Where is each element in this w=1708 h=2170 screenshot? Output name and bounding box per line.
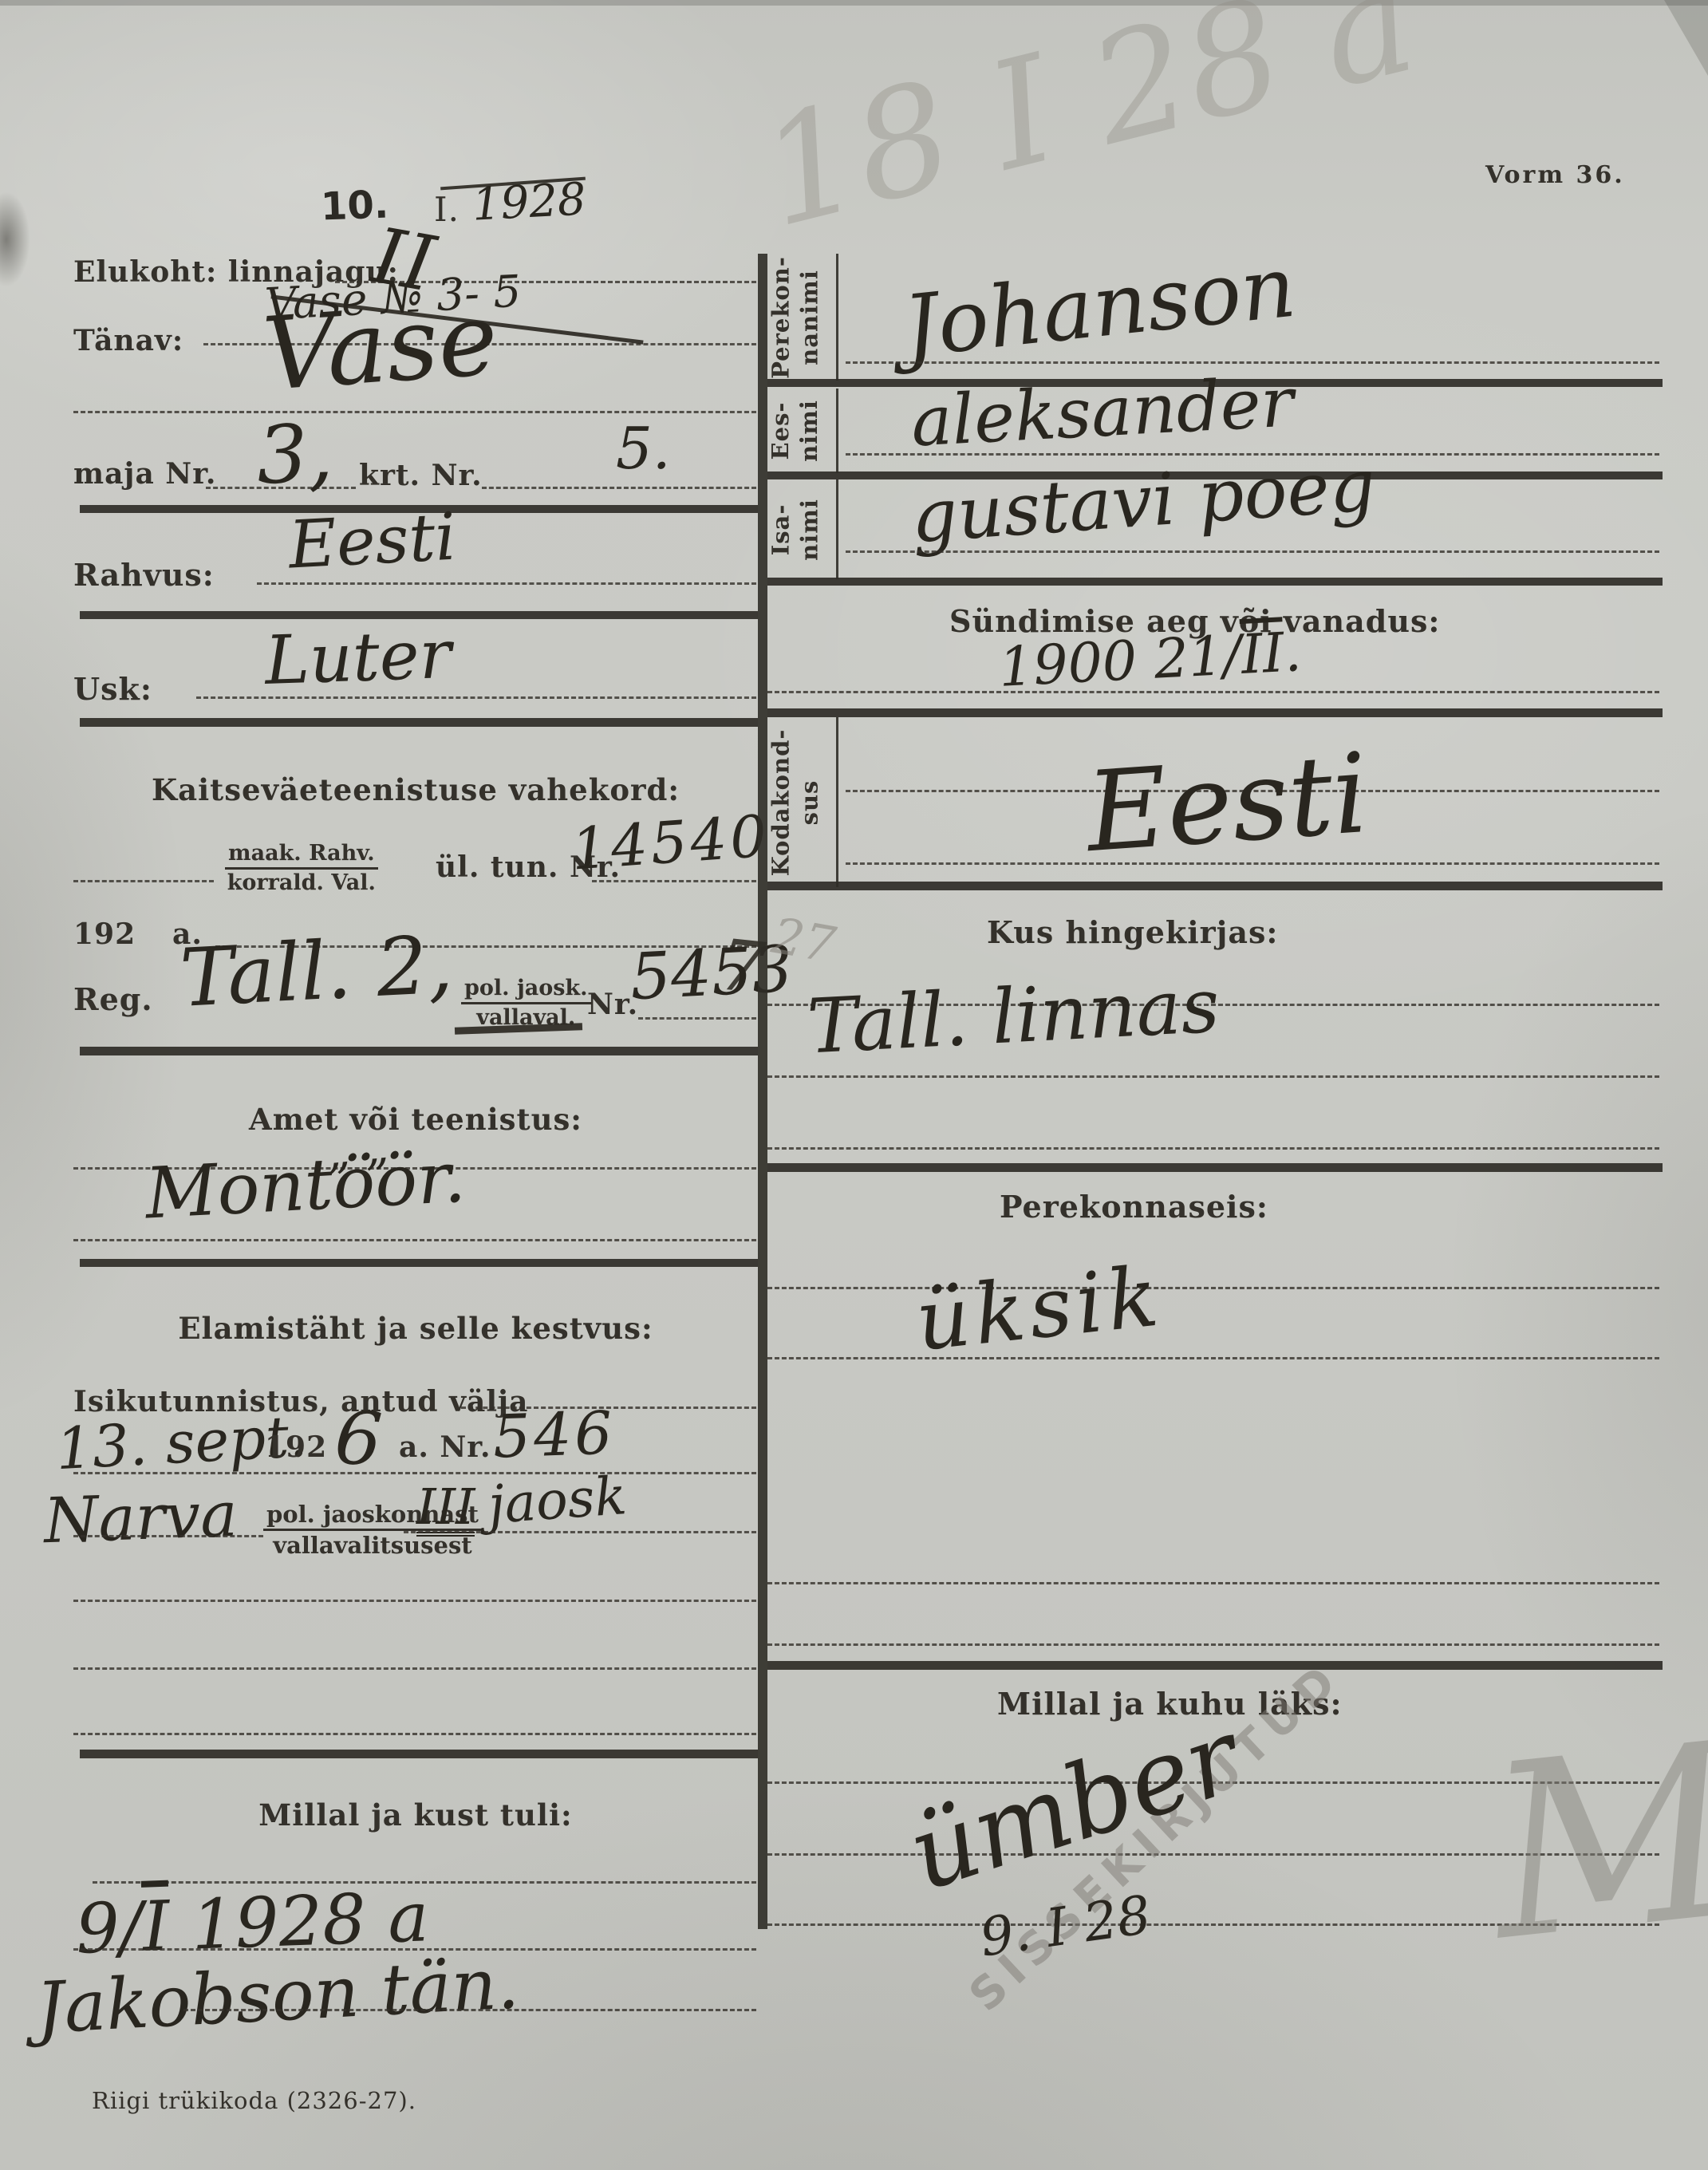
krt-nr-value: 5. <box>616 420 671 477</box>
perekonnanimi-value: Johanson <box>900 245 1300 370</box>
jaosk-roman-value: III <box>416 1482 475 1537</box>
label-box-line <box>836 254 838 381</box>
ul-tun-value: 14540 <box>570 807 771 878</box>
kodakondsus-label: Kodakond- sus <box>759 718 832 888</box>
fraction-top: pol. jaosk. <box>461 975 591 1004</box>
isanimi-label-line1: Isa- <box>766 504 795 556</box>
section-rule <box>767 1661 1663 1670</box>
sundimise-part2: II <box>1240 621 1286 687</box>
section-rule <box>767 578 1663 586</box>
dotted-line <box>73 1535 263 1537</box>
dotted-line <box>767 1582 1659 1584</box>
maja-nr-value: 3, <box>255 413 334 495</box>
hingekirjas-value: Tall. linnas <box>806 969 1221 1066</box>
dotted-line <box>846 361 1659 364</box>
kodakondsus-value: Eesti <box>1083 739 1372 868</box>
section-rule <box>767 1163 1663 1172</box>
eesnimi-label-line1: Ees- <box>766 402 795 460</box>
perekonnaseis-value: üksik <box>912 1254 1166 1363</box>
elamistaht-heading: Elamistäht ja selle kestvus: <box>73 1311 758 1346</box>
isiku-year-printed: 192 <box>265 1430 327 1464</box>
isanimi-label: Isa- nimi <box>759 480 832 580</box>
tuli-place-value: Jakobson tän. <box>34 1948 520 2044</box>
dotted-line <box>73 1600 756 1602</box>
tuli-date-part2: I <box>141 1887 171 1967</box>
isiku-nr-value: 546 <box>492 1403 617 1466</box>
kodakondsus-label-line2: sus <box>795 780 824 826</box>
isanimi-value: gustavi poeg <box>909 450 1378 554</box>
hingekirjas-heading: Kus hingekirjas: <box>987 914 1278 950</box>
dotted-line <box>73 1733 756 1735</box>
dotted-line <box>638 1017 756 1020</box>
amet-heading: Amet või teenistus: <box>73 1102 758 1137</box>
section-rule <box>80 1047 758 1055</box>
dotted-line <box>846 862 1659 865</box>
nr-value: 5453 <box>629 937 795 1010</box>
section-rule <box>767 708 1663 717</box>
isiku-place-value: Narva <box>43 1484 239 1553</box>
top-edge-shadow <box>0 0 1708 6</box>
dotted-line <box>73 1239 756 1241</box>
dotted-line <box>767 1147 1659 1150</box>
isanimi-label-line2: nimi <box>795 499 824 561</box>
amet-value: Montöör. <box>144 1142 467 1229</box>
sundimise-value: 1900 21/II. <box>997 625 1303 696</box>
reg-label: Reg. <box>73 981 153 1017</box>
maak-korrald-fraction: maak. Rahv. korrald. Val. <box>225 840 378 897</box>
perekonnanimi-label: Perekon- nanimi <box>759 254 832 381</box>
usk-value: Luter <box>264 621 452 694</box>
isiku-year-hw: 6 <box>333 1401 385 1478</box>
eesnimi-label: Ees- nimi <box>758 389 831 473</box>
dotted-line <box>482 487 756 489</box>
jaosk-word-value: jaosk <box>487 1470 629 1532</box>
perekonnanimi-label-line2: nanimi <box>795 270 824 365</box>
pencil-side-note: 27 <box>768 911 838 971</box>
tuli-heading: Millal ja kust tuli: <box>73 1797 758 1833</box>
section-rule <box>80 1750 758 1758</box>
dotted-line <box>767 1287 1659 1289</box>
pencil-flourish: M <box>1480 1711 1708 1975</box>
label-box-line <box>836 479 838 579</box>
dotted-line <box>767 691 1659 693</box>
maja-nr-label: maja Nr. <box>73 457 216 491</box>
usk-label: Usk: <box>73 671 152 707</box>
scanned-form-page: Vorm 36. 10. I. 1928 18 I 28 a Elukoht: … <box>0 0 1708 2170</box>
dotted-line <box>73 1667 756 1670</box>
label-box-line <box>836 717 838 887</box>
dotted-line <box>767 1643 1659 1646</box>
dotted-line <box>592 880 756 882</box>
rahvus-value: Eesti <box>287 505 458 579</box>
pencil-note-top: 18 I 28 a <box>748 0 1427 249</box>
tanav-value: Vase <box>260 289 501 405</box>
dotted-line <box>404 1531 756 1533</box>
isiku-a-nr-label: a. Nr. <box>399 1430 491 1464</box>
printer-credit: Riigi trükikoda (2326-27). <box>92 2087 416 2114</box>
tanav-label: Tänav: <box>73 324 183 357</box>
tuli-date-part1: 9/ <box>74 1888 144 1970</box>
dotted-line <box>767 1357 1659 1359</box>
kodakondsus-label-line1: Kodakond- <box>766 729 795 877</box>
dotted-line <box>767 1075 1659 1078</box>
fraction-top: maak. Rahv. <box>225 840 378 870</box>
laks-date-value: 9. I 28 <box>976 1888 1154 1964</box>
dotted-line <box>183 2009 756 2011</box>
torn-edge-mark <box>0 191 30 287</box>
sundimise-part1: 1900 21/ <box>997 624 1243 700</box>
corner-fold <box>1664 0 1708 76</box>
dotted-line <box>73 1472 756 1474</box>
dotted-line <box>73 880 214 882</box>
eesnimi-value: aleksander <box>909 369 1295 457</box>
reg-value: Tall. 2, <box>179 925 455 1019</box>
form-number: Vorm 36. <box>1485 161 1625 189</box>
eesnimi-label-line2: nimi <box>795 400 823 462</box>
section-rule <box>80 718 758 727</box>
section-rule <box>80 1259 758 1267</box>
dotted-line <box>846 550 1659 553</box>
rahvus-label: Rahvus: <box>73 557 215 593</box>
dotted-line <box>257 582 756 585</box>
section-rule <box>767 882 1663 890</box>
year-prefix: 192 <box>73 917 136 951</box>
sundimise-part3: . <box>1283 621 1304 685</box>
krt-nr-label: krt. Nr. <box>359 459 483 492</box>
kaitse-heading: Kaitseväeteenistuse vahekord: <box>73 772 758 807</box>
fraction-bottom: korrald. Val. <box>225 870 378 897</box>
perekonnaseis-heading: Perekonnaseis: <box>1000 1189 1268 1225</box>
dotted-line <box>73 411 756 413</box>
perekonnanimi-label-line1: Perekon- <box>766 256 795 379</box>
label-box-line <box>836 389 838 473</box>
